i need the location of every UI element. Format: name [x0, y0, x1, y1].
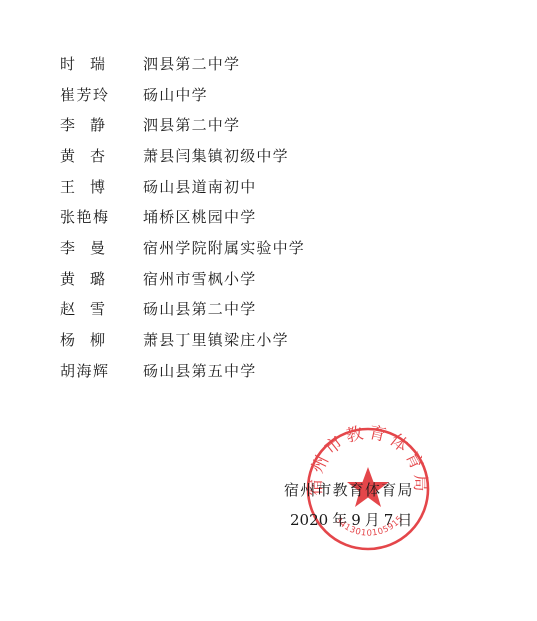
name-char: 玲: [93, 84, 109, 105]
name-char: 李: [60, 114, 76, 135]
person-name: 张 艳 梅: [60, 206, 143, 227]
school-name: 砀山县第五中学: [143, 360, 256, 381]
list-item: 李 静 泗县第二中学: [60, 109, 305, 140]
name-char: 杨: [60, 329, 76, 350]
name-char: 芳: [76, 84, 92, 105]
school-name: 砀山中学: [143, 84, 208, 105]
name-char: 柳: [90, 329, 106, 350]
list-item: 王 博 砀山县道南初中: [60, 171, 305, 202]
name-char: 赵: [60, 298, 76, 319]
school-name: 萧县丁里镇梁庄小学: [143, 329, 289, 350]
person-name: 时 瑞: [60, 53, 143, 74]
issuer-signature: 宿州市教育体育局: [284, 479, 414, 500]
school-name: 泗县第二中学: [143, 114, 240, 135]
person-name: 胡 海 辉: [60, 360, 143, 381]
person-name: 李 静: [60, 114, 143, 135]
name-char: 曼: [90, 237, 106, 258]
person-name: 赵 雪: [60, 298, 143, 319]
name-char: 胡: [60, 360, 76, 381]
list-item: 黄 杏 萧县闫集镇初级中学: [60, 140, 305, 171]
school-name: 埇桥区桃园中学: [143, 206, 256, 227]
date-year-unit: 年: [332, 511, 347, 529]
list-item: 杨 柳 萧县丁里镇梁庄小学: [60, 324, 305, 355]
school-name: 砀山县道南初中: [143, 176, 256, 197]
date-month: 9: [351, 511, 361, 529]
name-char: 杏: [90, 145, 106, 166]
person-name: 王 博: [60, 176, 143, 197]
name-char: 静: [90, 114, 106, 135]
name-char: 雪: [90, 298, 106, 319]
date-month-unit: 月: [365, 511, 380, 529]
list-item: 崔 芳 玲 砀山中学: [60, 79, 305, 110]
name-char: 海: [76, 360, 92, 381]
name-char: 李: [60, 237, 76, 258]
person-name: 黄 杏: [60, 145, 143, 166]
name-char: 艳: [76, 206, 92, 227]
name-char: 梅: [93, 206, 109, 227]
list-item: 赵 雪 砀山县第二中学: [60, 294, 305, 325]
school-name: 砀山县第二中学: [143, 298, 256, 319]
issue-date: 2020年9月7日: [290, 509, 416, 530]
person-name: 李 曼: [60, 237, 143, 258]
school-name: 泗县第二中学: [143, 53, 240, 74]
name-char: 辉: [93, 360, 109, 381]
school-name: 萧县闫集镇初级中学: [143, 145, 289, 166]
name-char: 黄: [60, 268, 76, 289]
name-char: 崔: [60, 84, 76, 105]
list-item: 黄 璐 宿州市雪枫小学: [60, 263, 305, 294]
person-name: 黄 璐: [60, 268, 143, 289]
list-item: 张 艳 梅 埇桥区桃园中学: [60, 201, 305, 232]
list-item: 胡 海 辉 砀山县第五中学: [60, 355, 305, 386]
name-char: 瑞: [90, 53, 106, 74]
list-item: 时 瑞 泗县第二中学: [60, 48, 305, 79]
person-name: 崔 芳 玲: [60, 84, 143, 105]
person-name: 杨 柳: [60, 329, 143, 350]
name-char: 时: [60, 53, 76, 74]
name-char: 璐: [90, 268, 106, 289]
school-name: 宿州学院附属实验中学: [143, 237, 305, 258]
date-day: 7: [384, 511, 394, 529]
list-item: 李 曼 宿州学院附属实验中学: [60, 232, 305, 263]
name-char: 博: [90, 176, 106, 197]
awardee-list: 时 瑞 泗县第二中学 崔 芳 玲 砀山中学 李 静 泗县第二中学 黄 杏 萧县闫…: [60, 48, 305, 386]
date-year: 2020: [290, 511, 328, 529]
name-char: 张: [60, 206, 76, 227]
school-name: 宿州市雪枫小学: [143, 268, 256, 289]
name-char: 王: [60, 176, 76, 197]
date-day-unit: 日: [397, 511, 412, 529]
name-char: 黄: [60, 145, 76, 166]
